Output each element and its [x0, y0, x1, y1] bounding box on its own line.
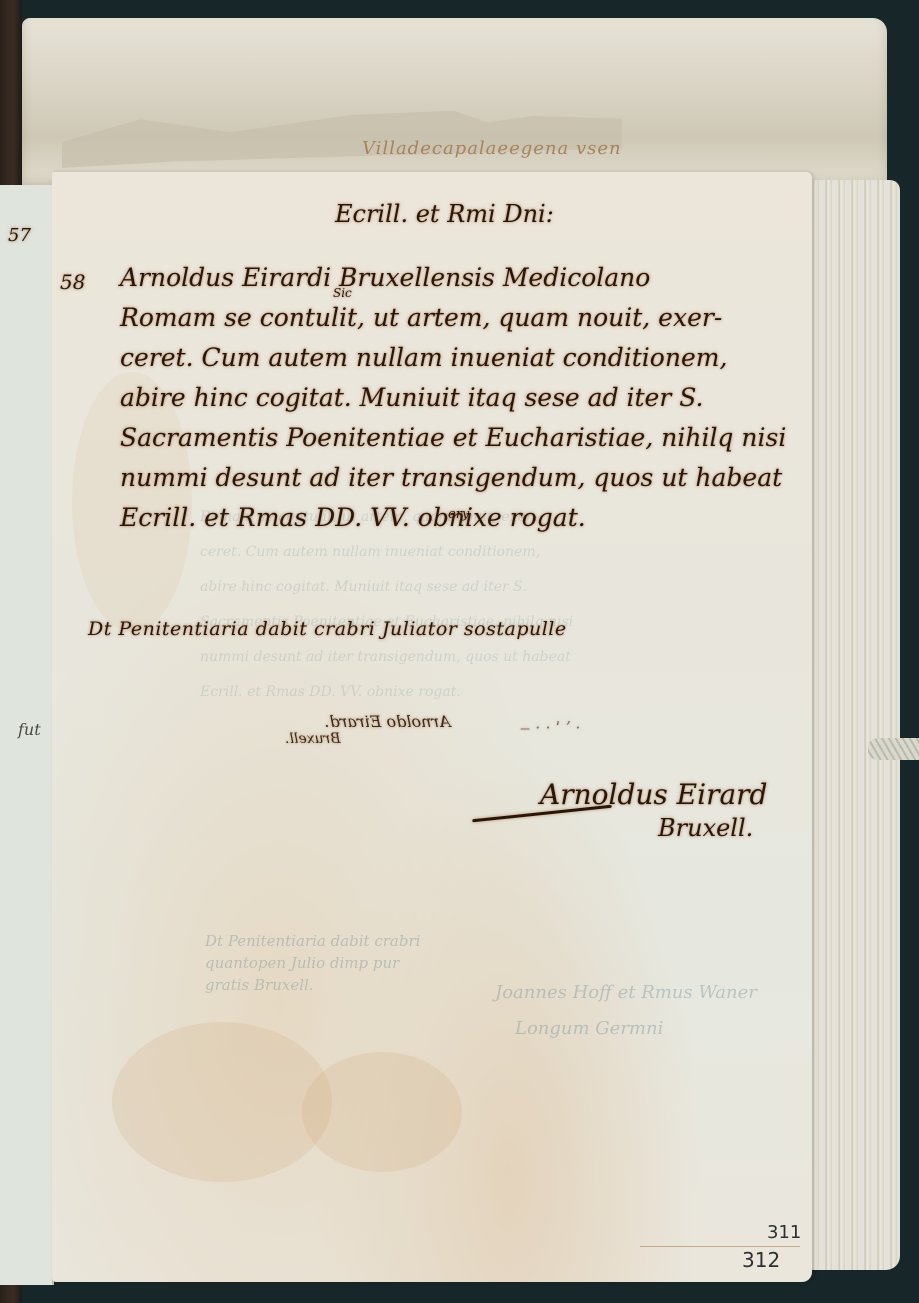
bleed-through-note-right: Joannes Hoff et Rmus Waner Longum Germni: [495, 975, 757, 1047]
body-line: abire hinc cogitat. Muniuit itaq sese ad…: [120, 378, 760, 418]
below-text-mark: ery: [448, 507, 469, 522]
bleed-line: Longum Germni: [515, 1018, 663, 1039]
folio-number-upper: 311: [767, 1222, 801, 1243]
mirrored-signature-offset: Arnoldo Eirard. Bruxell.: [285, 712, 451, 747]
rescript-note: Dt Penitentiaria dabit crabri Juliator s…: [88, 618, 567, 640]
bleed-line: quantopen Julio dimp pur: [205, 954, 399, 972]
body-line: Ecrill. et Rmas DD. VV. obnixe rogat.: [120, 498, 760, 538]
mirror-signature-line: Arnoldo Eirard.: [324, 712, 450, 731]
folded-top-sheet: Villadecapalaeegena vsen: [22, 18, 887, 188]
bleed-line: gratis Bruxell.: [205, 976, 314, 994]
bleed-line: Joannes Hoff et Rmus Waner: [495, 982, 757, 1003]
signature-place: Bruxell.: [658, 814, 753, 842]
signature-name: Arnoldus Eirard: [540, 778, 767, 811]
bleed-through-note-left: Dt Penitentiaria dabit crabri quantopen …: [205, 930, 420, 996]
folio-divider: [640, 1246, 800, 1247]
foxing-stain: [112, 1022, 332, 1182]
entry-number: 58: [60, 270, 85, 294]
bleed-line: Ecrill. et Rmas DD. VV. obnixe rogat.: [200, 684, 461, 700]
mirror-signature-line: Bruxell.: [285, 731, 341, 747]
bleed-line: nummi desunt ad iter transigendum, quos …: [200, 649, 571, 665]
body-line: Sacramentis Poenitentiae et Eucharistiae…: [120, 418, 760, 458]
body-line: nummi desunt ad iter transigendum, quos …: [120, 458, 760, 498]
bleed-line: abire hinc cogitat. Muniuit itaq sese ad…: [200, 579, 527, 595]
body-line: Arnoldus Eirardi Bruxellensis Medicolano: [120, 258, 760, 298]
bleed-line: Dt Penitentiaria dabit crabri: [205, 932, 420, 950]
left-page-margin-mark: fut: [18, 720, 41, 739]
foxing-stain: [302, 1052, 462, 1172]
binding-cord: [868, 738, 919, 760]
folded-sheet-note: Villadecapalaeegena vsen: [362, 138, 622, 159]
left-page-number: 57: [8, 225, 31, 246]
bleed-line: ceret. Cum autem nullam inueniat conditi…: [200, 544, 540, 560]
faint-offset-mark: ‒ · · ˈ ʼ ·: [520, 718, 580, 737]
body-line: ceret. Cum autem nullam inueniat conditi…: [120, 338, 760, 378]
document-heading: Ecrill. et Rmi Dni:: [335, 200, 554, 228]
body-line: Romam se contulit, ut artem, quam nouit,…: [120, 298, 760, 338]
folio-number-lower: 312: [742, 1248, 780, 1272]
petition-body: Arnoldus Eirardi Bruxellensis Medicolano…: [120, 258, 760, 538]
left-page-edge: 57 fut: [0, 185, 54, 1285]
